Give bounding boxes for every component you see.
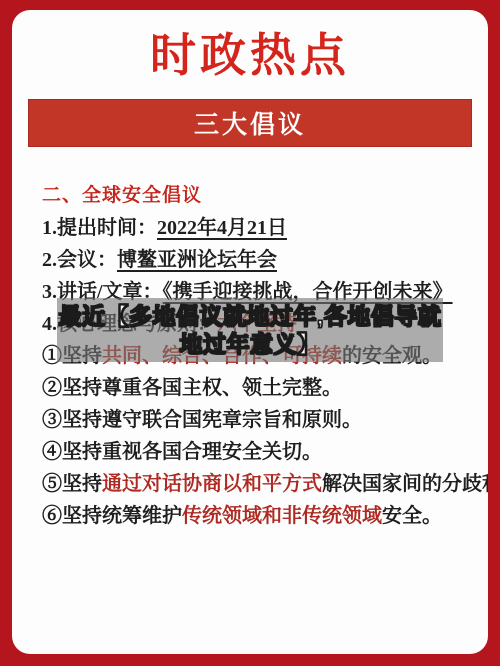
field-row-meeting: 2.会议：博鳌亚洲论坛年会	[42, 248, 470, 272]
point-text: ④坚持重视各国合理安全关切。	[42, 441, 322, 463]
subtitle-line-1: 最近【多地倡议就地过年,各地倡导就	[59, 302, 442, 330]
point-row-2: ②坚持尊重各国主权、领土完整。	[42, 376, 470, 400]
point-text: ⑥坚持统筹维护	[42, 505, 182, 527]
point-highlight: 通过对话协商以和平方式	[102, 473, 322, 495]
point-text: 解决国家间的分歧和争端。	[322, 473, 488, 495]
subtitle-line-2: 地过年意义】	[180, 330, 321, 358]
point-row-5: ⑤坚持通过对话协商以和平方式解决国家间的分歧和争端。	[42, 472, 470, 496]
field-label: 1.提出时间：	[42, 217, 157, 239]
field-row-time: 1.提出时间：2022年4月21日	[42, 216, 470, 240]
field-value: 2022年4月21日	[157, 217, 287, 239]
section-heading: 二、全球安全倡议	[42, 180, 470, 207]
point-row-3: ③坚持遵守联合国宪章宗旨和原则。	[42, 408, 470, 432]
section-banner: 三大倡议	[28, 99, 472, 147]
subtitle-overlay: 最近【多地倡议就地过年,各地倡导就 地过年意义】	[57, 298, 443, 362]
page-title: 时政热点	[12, 10, 488, 84]
point-text: ②坚持尊重各国主权、领土完整。	[42, 377, 342, 399]
point-row-6: ⑥坚持统筹维护传统领域和非传统领域安全。	[42, 504, 470, 528]
point-text: 安全。	[382, 505, 442, 527]
field-value: 博鳌亚洲论坛年会	[117, 249, 277, 271]
point-highlight: 传统领域和非传统领域	[182, 505, 382, 527]
field-label: 2.会议：	[42, 249, 117, 271]
point-text: ⑤坚持	[42, 473, 102, 495]
point-text: ③坚持遵守联合国宪章宗旨和原则。	[42, 409, 362, 431]
point-row-4: ④坚持重视各国合理安全关切。	[42, 440, 470, 464]
poster-page: { "colors": { "frame_red": "#b5161d", "b…	[0, 0, 500, 666]
content-card: 时政热点 三大倡议 二、全球安全倡议 1.提出时间：2022年4月21日 2.会…	[12, 10, 488, 654]
section-banner-label: 三大倡议	[194, 105, 306, 141]
